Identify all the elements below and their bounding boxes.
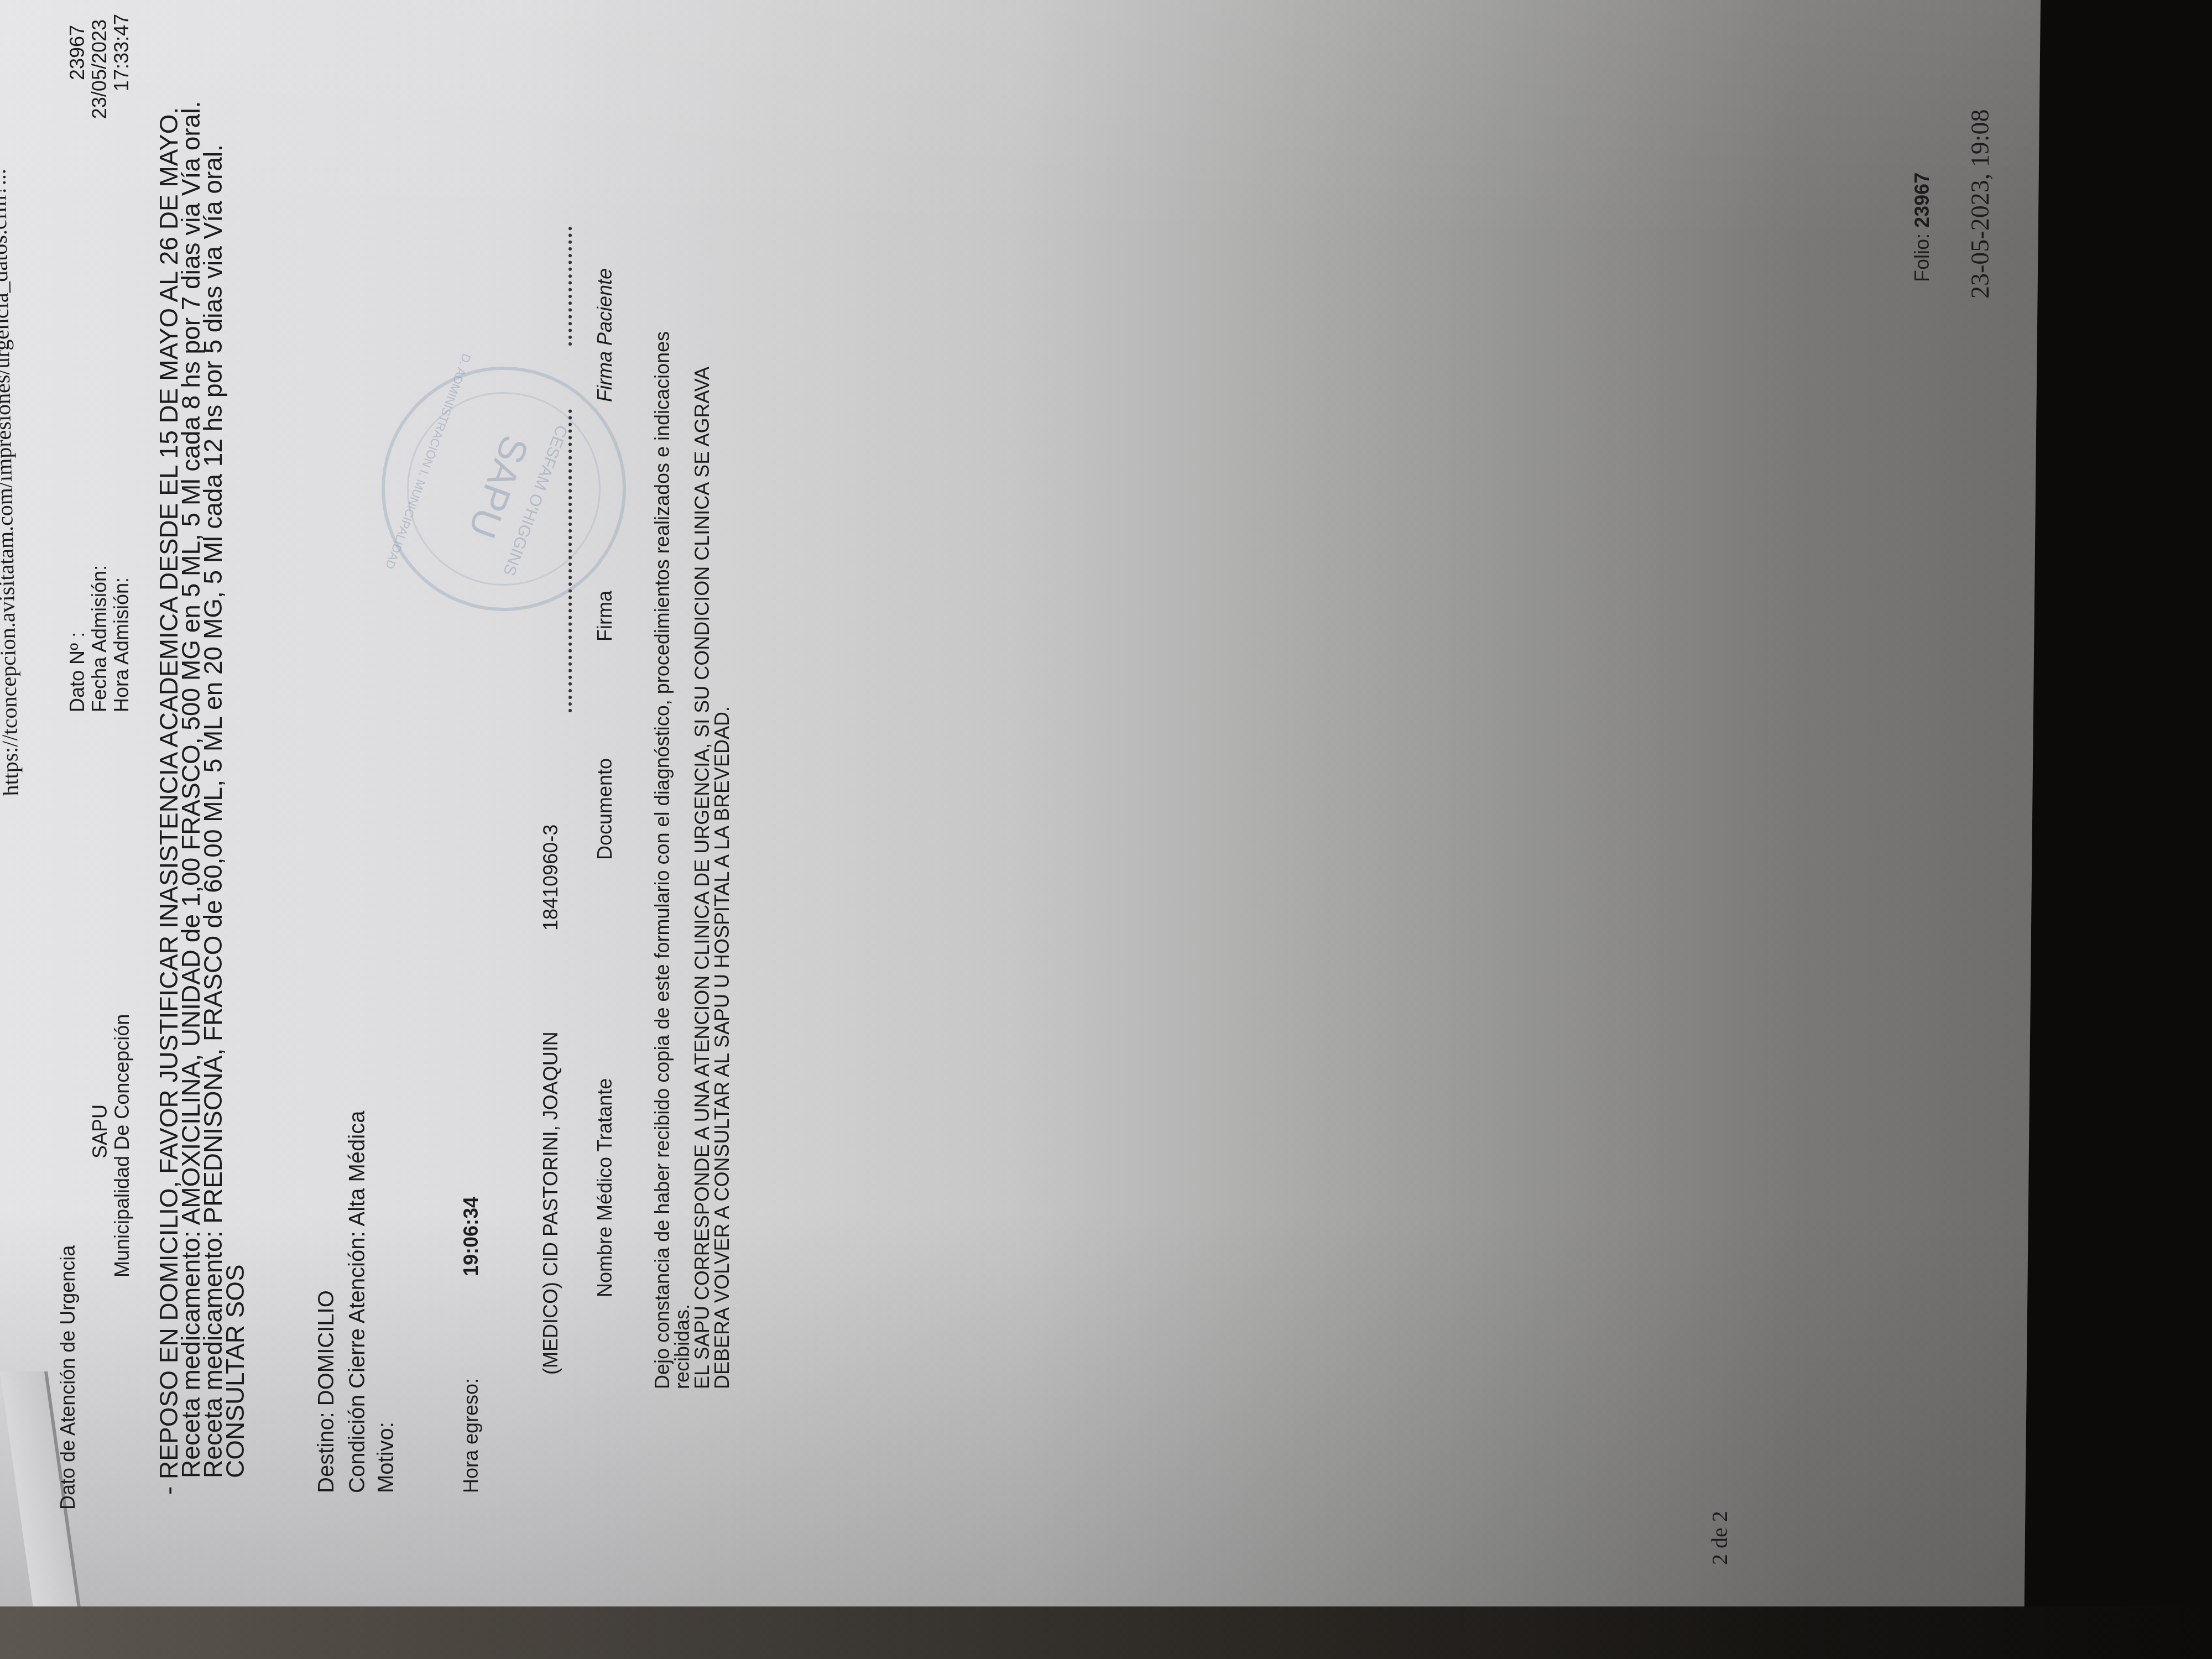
closing-condition-field: Condición Cierre Atención: Alta Médica: [346, 1111, 368, 1493]
dato-number-value: 23967: [67, 25, 87, 221]
folio-value: 23967: [1911, 173, 1933, 228]
reason-field: Motivo:: [375, 1422, 397, 1493]
doctor-name: (MEDICO) CID PASTORINI, JOAQUIN: [541, 1031, 561, 1375]
destination-field: Destino: DOMICILIO: [315, 1290, 337, 1493]
patient-signature-line: [568, 227, 572, 346]
disclaimer-line: DEBERA VOLVER A CONSULTAR AL SAPU U HOSP…: [712, 706, 732, 1389]
disclaimer-line: recibidas.: [672, 1304, 692, 1389]
disclaimer-line: EL SAPU CORRESPONDE A UNA ATENCION CLINI…: [692, 367, 712, 1389]
emergency-care-document: https://tconcepcion.avisitatam.com/impre…: [0, 0, 2046, 1659]
admission-date-label: Fecha Admisión:: [90, 565, 109, 712]
page-number: 2 de 2: [1709, 1511, 1731, 1565]
closing-condition-value: Alta Médica: [345, 1111, 369, 1227]
admission-time-value: 17:33:47: [112, 14, 132, 221]
reason-label: Motivo:: [374, 1422, 398, 1493]
municipality-name: Municipalidad De Concepción: [112, 1014, 132, 1277]
indication-line: CONSULTAR SOS: [222, 1264, 248, 1478]
print-timestamp: 23-05-2023, 19:08: [1968, 109, 1993, 299]
signature-label: Firma: [595, 591, 615, 641]
discharge-time-label: Hora egreso:: [461, 1378, 481, 1493]
folio-field: Folio: 23967: [1912, 173, 1932, 282]
patient-signature-label: Firma Paciente: [595, 268, 615, 402]
admission-time-label: Hora Admisión:: [112, 577, 132, 712]
disclaimer-line: Dejo constancia de haber recibido copia …: [653, 331, 672, 1389]
admission-date-value: 23/05/2023: [90, 19, 109, 221]
document-title: Dato de Atención de Urgencia: [58, 1245, 78, 1510]
destination-label: Destino:: [314, 1412, 338, 1493]
institution-name: SAPU: [90, 1104, 110, 1159]
doctor-document: 18410960-3: [541, 825, 561, 931]
destination-value: DOMICILIO: [314, 1290, 338, 1406]
print-url: https://tconcepcion.avisitatam.com/impre…: [0, 169, 22, 796]
closing-condition-label: Condición Cierre Atención:: [345, 1231, 369, 1493]
document-label: Documento: [595, 758, 615, 860]
dato-number-label: Dato Nº :: [67, 632, 87, 712]
doctor-name-label: Nombre Médico Tratante: [595, 1078, 615, 1297]
discharge-time-value: 19:06:34: [461, 1197, 481, 1276]
folio-label: Folio:: [1911, 233, 1933, 282]
